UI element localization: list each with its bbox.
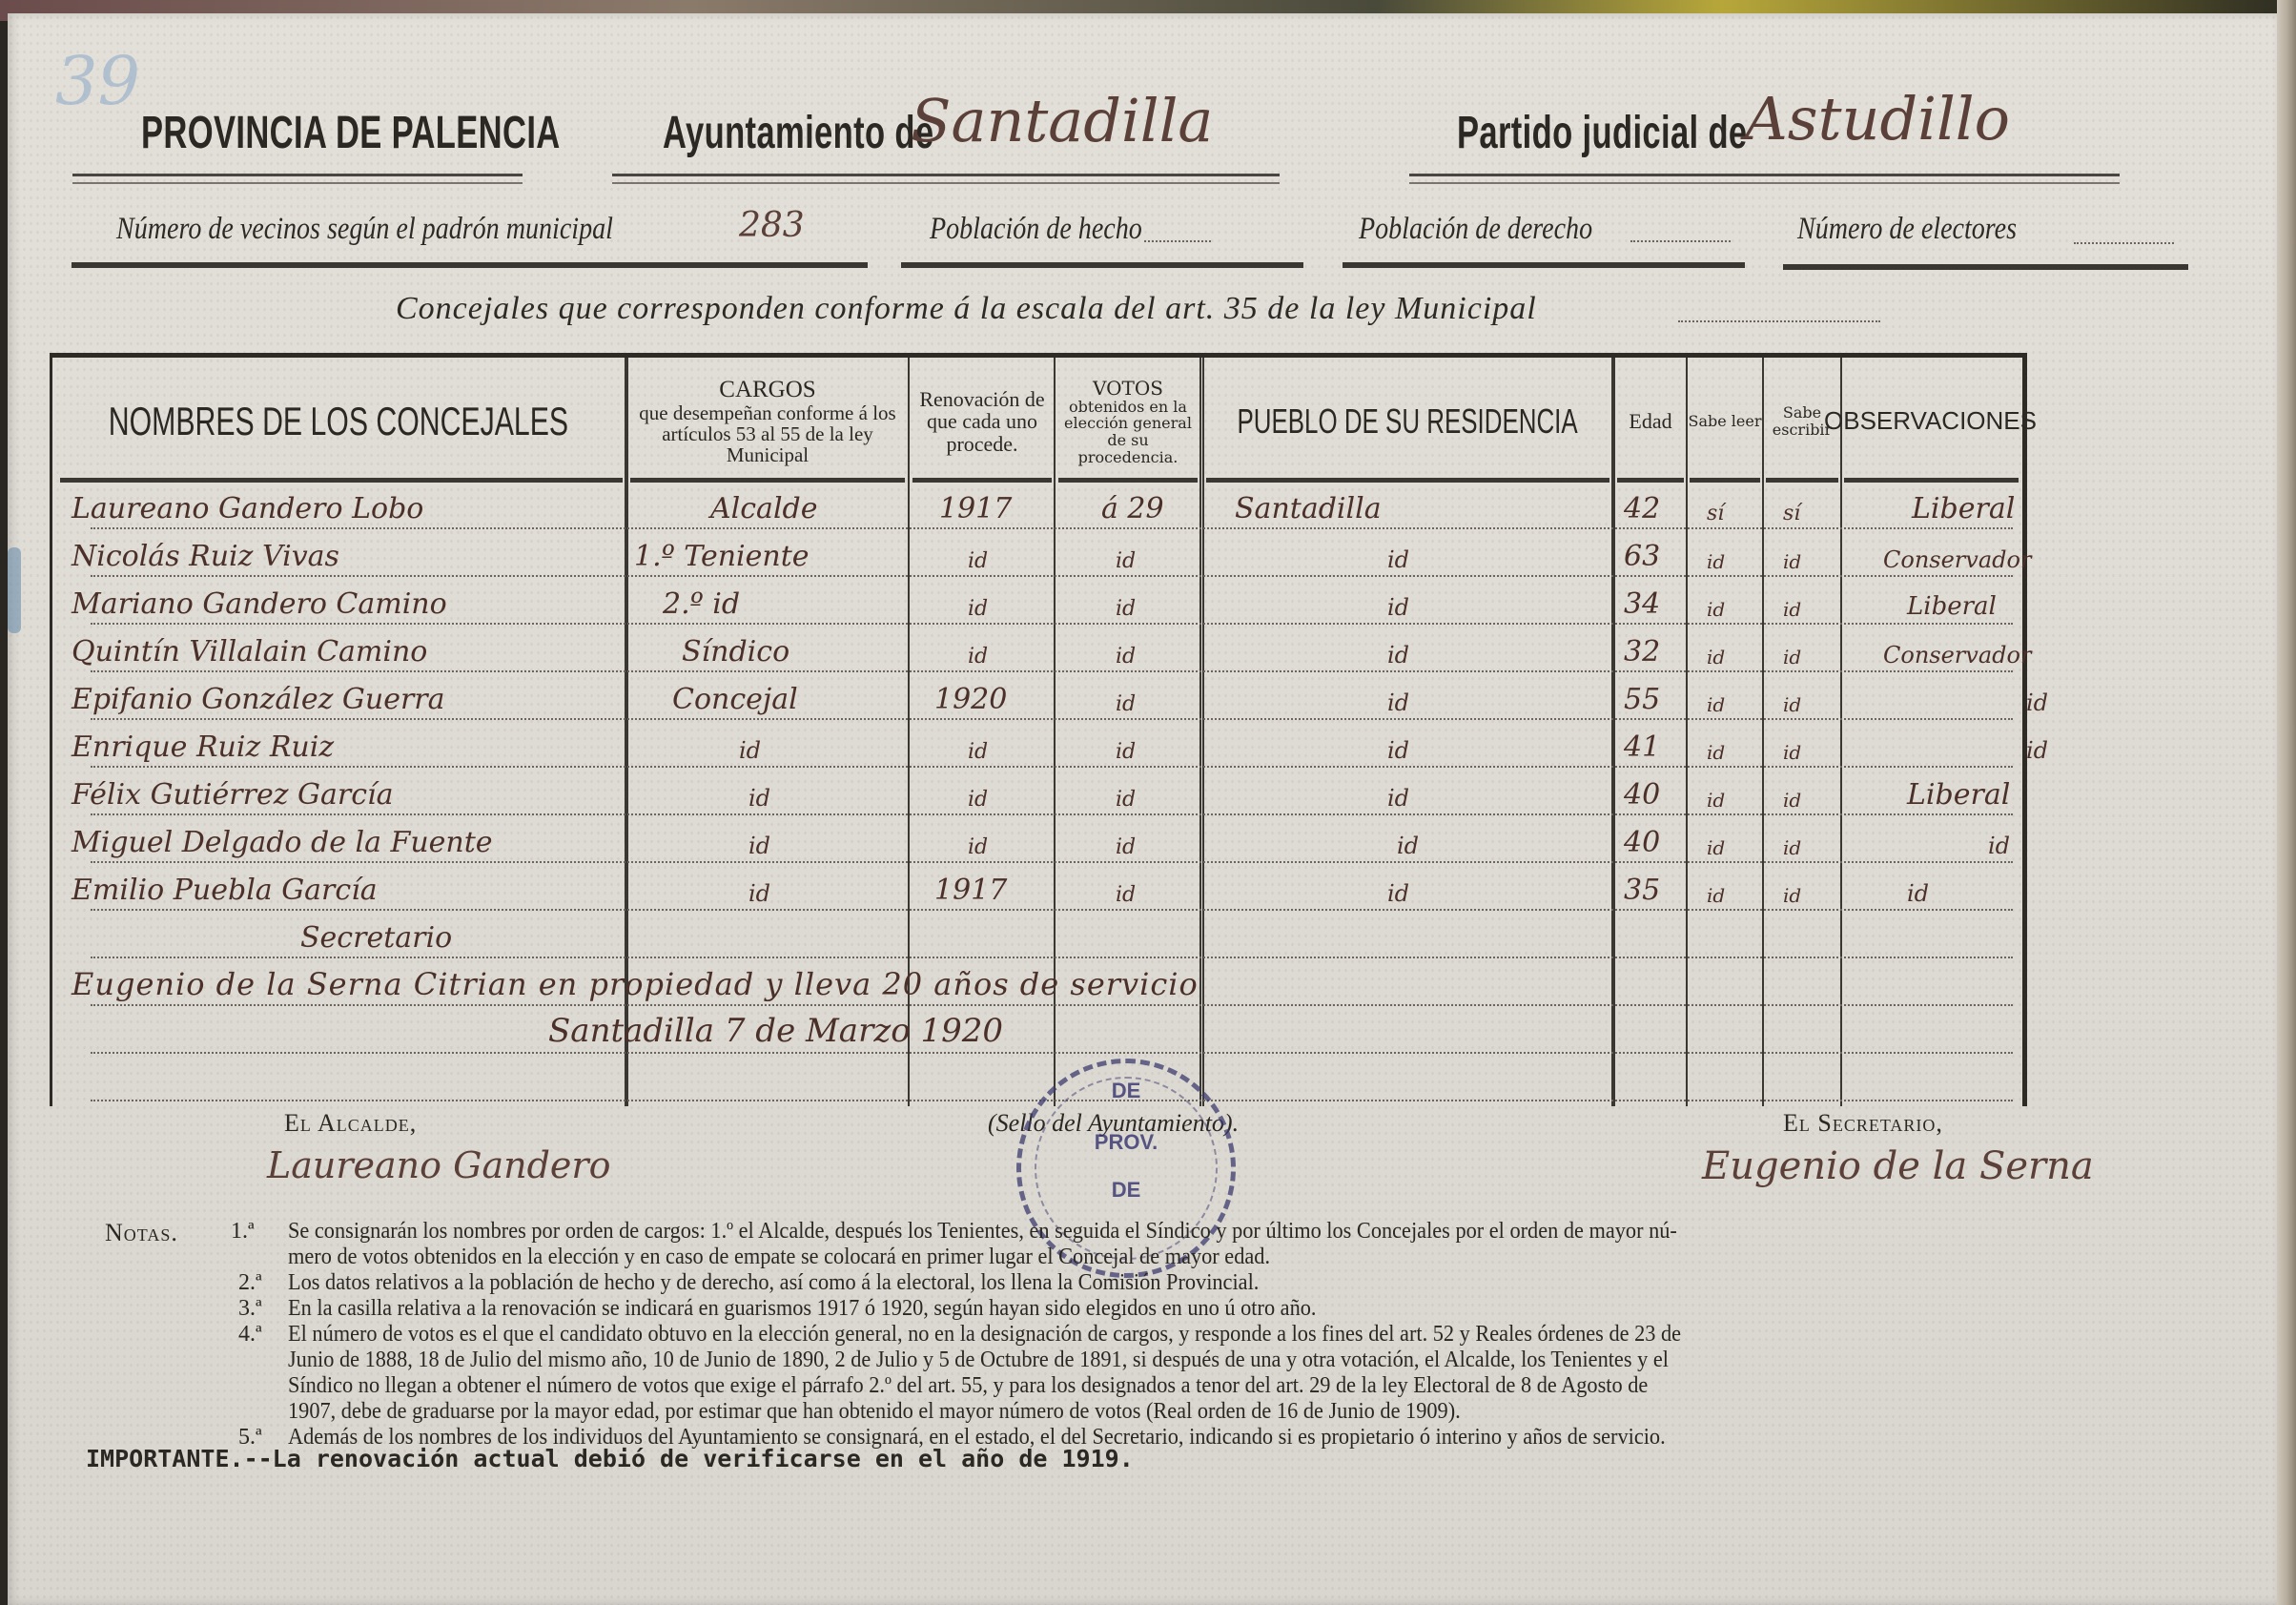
- vecinos-label: Número de vecinos según el padrón munici…: [116, 212, 613, 247]
- concejales-heading: Concejales que corresponden conforme á l…: [396, 291, 1537, 327]
- important-notice: IMPORTANTE.--La renovación actual debió …: [86, 1445, 1134, 1472]
- cell-edad: 34: [1624, 587, 1660, 621]
- ayuntamiento-label: Ayuntamiento de: [663, 107, 933, 159]
- partido-value: Astudillo: [1745, 84, 2010, 154]
- cell-escribir: id: [1783, 884, 1801, 907]
- note-text: En la casilla relativa a la renovación s…: [288, 1296, 1316, 1322]
- rule: [72, 262, 868, 268]
- table-row[interactable]: Epifanio González Guerra Concejal 1920 i…: [52, 672, 2022, 720]
- cell-obs: id: [2026, 689, 2048, 716]
- cell-nombre: Laureano Gandero Lobo: [72, 492, 423, 525]
- cell-cargo: id: [748, 880, 770, 907]
- header-votos: VOTOS obtenidos en la elección general d…: [1056, 365, 1199, 478]
- cell-edad: 55: [1624, 683, 1660, 716]
- note-text: mero de votos obtenidos en la elección y…: [288, 1245, 1270, 1270]
- cell-cargo: Alcalde: [710, 492, 818, 525]
- cell-renovacion: id: [968, 549, 988, 573]
- cell-pueblo: id: [1397, 833, 1419, 859]
- note-text: Los datos relativos a la población de he…: [288, 1270, 1259, 1296]
- cell-escribir: id: [1783, 598, 1801, 621]
- cell-nombre: Emilio Puebla García: [72, 874, 378, 907]
- cell-escribir: id: [1783, 741, 1801, 764]
- cell-edad: 40: [1624, 826, 1660, 859]
- rule: [901, 262, 1303, 268]
- note-text: El número de votos es el que el candidat…: [288, 1322, 1681, 1348]
- poblacion-hecho-field[interactable]: [1144, 240, 1211, 242]
- cell-obs: id: [1907, 880, 1929, 907]
- cell-cargo: id: [748, 833, 770, 859]
- cell-obs: Liberal: [1912, 492, 2015, 525]
- rule: [1409, 174, 2120, 184]
- cell-pueblo: id: [1387, 737, 1409, 764]
- cell-escribir: id: [1783, 646, 1801, 669]
- cell-renovacion: id: [968, 740, 988, 764]
- note-text: 1907, debe de graduarse por la mayor eda…: [288, 1399, 1461, 1425]
- note-number: 1.ª: [231, 1219, 255, 1245]
- electores-label: Número de electores: [1797, 212, 2017, 247]
- cell-renovacion: 1920: [934, 683, 1007, 716]
- province-title: PROVINCIA DE PALENCIA: [141, 107, 561, 159]
- header-renovacion: Renovación de que cada uno procede.: [911, 365, 1054, 478]
- partido-label: Partido judicial de: [1457, 107, 1748, 159]
- table-row[interactable]: Miguel Delgado de la Fuente id id id id …: [52, 815, 2022, 863]
- cell-nombre: Nicolás Ruiz Vivas: [72, 540, 339, 573]
- cell-pueblo: id: [1387, 689, 1409, 716]
- ayuntamiento-value: Santadilla: [911, 86, 1213, 155]
- alcalde-label: El Alcalde,: [284, 1109, 417, 1138]
- cell-obs: id: [2026, 737, 2048, 764]
- table-row[interactable]: Laureano Gandero Lobo Alcalde 1917 á 29 …: [52, 482, 2022, 529]
- secretario-line: Eugenio de la Serna Citrian en propiedad…: [72, 966, 1199, 1002]
- cell-obs: Conservador: [1883, 546, 2031, 573]
- header-sabe-leer: Sabe leer: [1688, 365, 1762, 478]
- cell-votos: id: [1116, 597, 1136, 621]
- note-number: 3.ª: [238, 1296, 262, 1322]
- cell-votos: id: [1116, 788, 1136, 812]
- cell-votos: id: [1116, 645, 1136, 669]
- concejales-field[interactable]: [1678, 320, 1880, 322]
- secretario-label: El Secretario,: [1783, 1109, 1943, 1138]
- cell-renovacion: id: [968, 788, 988, 812]
- table-row[interactable]: Santadilla 7 de Marzo 1920: [52, 1006, 2022, 1054]
- table-row[interactable]: Emilio Puebla García id 1917 id id 35 id…: [52, 863, 2022, 911]
- vecinos-value: 283: [739, 206, 805, 245]
- cell-renovacion: id: [968, 645, 988, 669]
- cell-cargo: id: [739, 737, 761, 764]
- cell-leer: id: [1707, 836, 1725, 859]
- alcalde-signature: Laureano Gandero: [267, 1144, 610, 1186]
- table-row[interactable]: Enrique Ruiz Ruiz id id id id 41 id id i…: [52, 720, 2022, 768]
- cell-nombre: Quintín Villalain Camino: [72, 635, 427, 669]
- cell-cargo: 2.º id: [663, 587, 740, 621]
- note-number: 4.ª: [238, 1322, 262, 1348]
- cell-escribir: id: [1783, 550, 1801, 573]
- cell-nombre: Enrique Ruiz Ruiz: [72, 730, 334, 764]
- cell-votos: id: [1116, 740, 1136, 764]
- rule: [72, 174, 523, 184]
- table-row[interactable]: Quintín Villalain Camino Síndico id id i…: [52, 625, 2022, 672]
- rule: [1343, 262, 1745, 268]
- ink-smudge: [8, 547, 21, 633]
- cell-leer: sí: [1707, 502, 1724, 525]
- cell-edad: 41: [1624, 730, 1660, 764]
- cell-leer: id: [1707, 741, 1725, 764]
- cell-leer: id: [1707, 884, 1725, 907]
- cell-renovacion: id: [968, 597, 988, 621]
- cell-escribir: id: [1783, 789, 1801, 812]
- cell-votos: á 29: [1101, 492, 1164, 525]
- table-row[interactable]: Secretario: [52, 911, 2022, 958]
- notes-label: Notas.: [105, 1219, 178, 1247]
- cell-cargo: Síndico: [682, 635, 789, 669]
- table-row[interactable]: Mariano Gandero Camino 2.º id id id id 3…: [52, 577, 2022, 625]
- cell-leer: id: [1707, 789, 1725, 812]
- cell-edad: 63: [1624, 540, 1660, 573]
- cell-nombre: Mariano Gandero Camino: [72, 587, 447, 621]
- note-text: Síndico no llegan a obtener el número de…: [288, 1373, 1648, 1399]
- table-row[interactable]: Nicolás Ruiz Vivas 1.º Teniente id id id…: [52, 529, 2022, 577]
- cell-obs: Conservador: [1883, 642, 2031, 669]
- cell-edad: 42: [1624, 492, 1660, 525]
- cell-nombre: Miguel Delgado de la Fuente: [72, 826, 493, 859]
- cell-votos: id: [1116, 883, 1136, 907]
- table-row[interactable]: Eugenio de la Serna Citrian en propiedad…: [52, 958, 2022, 1006]
- cell-leer: id: [1707, 598, 1725, 621]
- cell-obs: id: [1988, 833, 2010, 859]
- header-cargos: CARGOS que desempeñan conforme á los art…: [628, 365, 907, 478]
- cell-leer: id: [1707, 550, 1725, 573]
- cell-renovacion: 1917: [934, 874, 1007, 907]
- poblacion-hecho-label: Población de hecho: [930, 212, 1142, 247]
- electores-field[interactable]: [2074, 242, 2174, 244]
- cell-obs: Liberal: [1907, 592, 1997, 621]
- cell-cargo: id: [748, 785, 770, 812]
- concejales-table: NOMBRES DE LOS CONCEJALES CARGOS que des…: [50, 353, 2027, 1106]
- cell-cargo: Concejal: [672, 683, 798, 716]
- table-row[interactable]: Félix Gutiérrez García id id id id 40 id…: [52, 768, 2022, 815]
- cell-pueblo: id: [1387, 594, 1409, 621]
- note-text: Junio de 1888, 18 de Julio del mismo año…: [288, 1348, 1669, 1373]
- header-edad: Edad: [1615, 365, 1686, 478]
- cell-pueblo: id: [1387, 880, 1409, 907]
- cell-edad: 32: [1624, 635, 1660, 669]
- poblacion-derecho-label: Población de derecho: [1359, 212, 1592, 247]
- cell-votos: id: [1116, 549, 1136, 573]
- cell-escribir: id: [1783, 693, 1801, 716]
- secretario-signature: Eugenio de la Serna: [1702, 1144, 2094, 1188]
- header-observaciones: OBSERVACIONES: [1842, 365, 2019, 478]
- cell-pueblo: Santadilla: [1235, 492, 1382, 525]
- cell-edad: 40: [1624, 778, 1660, 812]
- rule: [1783, 264, 2188, 270]
- secretario-heading: Secretario: [300, 921, 452, 955]
- cell-obs: Liberal: [1907, 778, 2010, 812]
- cell-pueblo: id: [1387, 546, 1409, 573]
- note-text: Se consignarán los nombres por orden de …: [288, 1219, 1677, 1245]
- cell-renovacion: 1917: [939, 492, 1012, 525]
- cell-leer: id: [1707, 646, 1725, 669]
- cell-votos: id: [1116, 835, 1136, 859]
- page-stack-edge: [2277, 0, 2296, 1605]
- date-line: Santadilla 7 de Marzo 1920: [548, 1012, 1003, 1050]
- cell-pueblo: id: [1387, 642, 1409, 669]
- cell-renovacion: id: [968, 835, 988, 859]
- cell-cargo: 1.º Teniente: [634, 540, 810, 573]
- cell-leer: id: [1707, 693, 1725, 716]
- cell-edad: 35: [1624, 874, 1660, 907]
- cell-pueblo: id: [1387, 785, 1409, 812]
- poblacion-derecho-field[interactable]: [1630, 240, 1731, 242]
- cell-escribir: sí: [1783, 502, 1800, 525]
- note-number: 2.ª: [238, 1270, 262, 1296]
- cell-votos: id: [1116, 692, 1136, 716]
- cell-nombre: Félix Gutiérrez García: [72, 778, 394, 812]
- header-pueblo: PUEBLO DE SU RESIDENCIA: [1204, 365, 1611, 478]
- pencil-page-number: 39: [55, 42, 140, 120]
- cell-escribir: id: [1783, 836, 1801, 859]
- cell-nombre: Epifanio González Guerra: [72, 683, 445, 716]
- header-nombres: NOMBRES DE LOS CONCEJALES: [52, 365, 625, 478]
- rule: [612, 174, 1280, 184]
